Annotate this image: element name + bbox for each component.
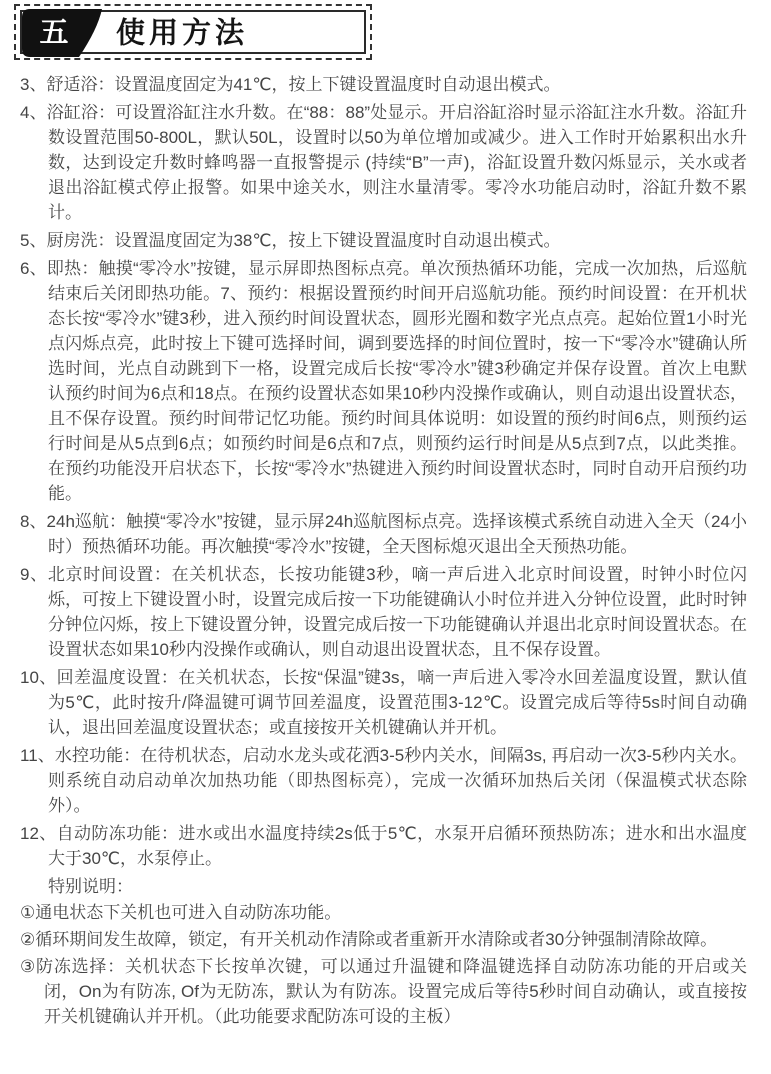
list-item: 3、舒适浴：设置温度固定为41℃，按上下键设置温度时自动退出模式。 [20, 72, 747, 97]
item-text: 自动防冻功能：进水或出水温度持续2s低于5℃，水泵开启循环预热防冻；进水和出水温… [48, 824, 747, 868]
item-number: 4、 [20, 103, 47, 122]
item-number: 3、 [20, 75, 46, 94]
special-note-item: ②循环期间发生故障，锁定，有开关机动作清除或者重新开水清除或者30分钟强制清除故… [20, 927, 747, 952]
item-text: 即热：触摸“零冷水”按键，显示屏即热图标点亮。单次预热循环功能，完成一次加热，后… [47, 259, 747, 503]
item-number: 9、 [20, 565, 48, 584]
list-item: 11、水控功能：在待机状态，启动水龙头或花洒3-5秒内关水，间隔3s, 再启动一… [20, 743, 747, 818]
list-item: 6、即热：触摸“零冷水”按键，显示屏即热图标点亮。单次预热循环功能，完成一次加热… [20, 256, 747, 506]
instructions-list: 3、舒适浴：设置温度固定为41℃，按上下键设置温度时自动退出模式。 4、浴缸浴：… [0, 60, 771, 1029]
page: { "header": { "section_number": "五", "ti… [0, 0, 771, 1074]
list-item: 5、厨房洗：设置温度固定为38℃，按上下键设置温度时自动退出模式。 [20, 228, 747, 253]
list-item: 10、回差温度设置：在关机状态，长按“保温”键3s，嘀一声后进入零冷水回差温度设… [20, 665, 747, 740]
section-header-frame: 五 使用方法 [20, 10, 366, 54]
list-item: 8、24h巡航：触摸“零冷水”按键，显示屏24h巡航图标点亮。选择该模式系统自动… [20, 509, 747, 559]
item-text: 水控功能：在待机状态，启动水龙头或花洒3-5秒内关水，间隔3s, 再启动一次3-… [48, 746, 747, 815]
item-text: 回差温度设置：在关机状态，长按“保温”键3s，嘀一声后进入零冷水回差温度设置，默… [48, 668, 747, 737]
item-number: 6、 [20, 259, 47, 278]
item-text: 浴缸浴：可设置浴缸注水升数。在“88：88”处显示。开启浴缸浴时显示浴缸注水升数… [47, 103, 747, 222]
item-number: 11、 [20, 746, 55, 765]
page-title: 使用方法 [116, 11, 248, 52]
list-item: 12、自动防冻功能：进水或出水温度持续2s低于5℃，水泵开启循环预热防冻；进水和… [20, 821, 747, 871]
section-number: 五 [21, 9, 87, 57]
item-text: 舒适浴：设置温度固定为41℃，按上下键设置温度时自动退出模式。 [46, 75, 560, 94]
item-number: 10、 [20, 668, 57, 687]
list-item: 4、浴缸浴：可设置浴缸注水升数。在“88：88”处显示。开启浴缸浴时显示浴缸注水… [20, 100, 747, 225]
item-number: 5、 [20, 231, 46, 250]
section-header-banner: 五 使用方法 [14, 4, 372, 60]
special-note-item: ③防冻选择：关机状态下长按单次键，可以通过升温键和降温键选择自动防冻功能的开启或… [20, 954, 747, 1029]
item-text: 北京时间设置：在关机状态，长按功能键3秒，嘀一声后进入北京时间设置，时钟小时位闪… [48, 565, 747, 659]
special-note-item: ①通电状态下关机也可进入自动防冻功能。 [20, 900, 747, 925]
item-number: 8、 [20, 512, 47, 531]
section-number-badge: 五 [21, 9, 105, 57]
list-item: 9、北京时间设置：在关机状态，长按功能键3秒，嘀一声后进入北京时间设置，时钟小时… [20, 562, 747, 662]
item-text: 厨房洗：设置温度固定为38℃，按上下键设置温度时自动退出模式。 [46, 231, 560, 250]
item-text: 24h巡航：触摸“零冷水”按键，显示屏24h巡航图标点亮。选择该模式系统自动进入… [47, 512, 747, 556]
special-note-label: 特别说明： [20, 874, 747, 899]
item-number: 12、 [20, 824, 57, 843]
